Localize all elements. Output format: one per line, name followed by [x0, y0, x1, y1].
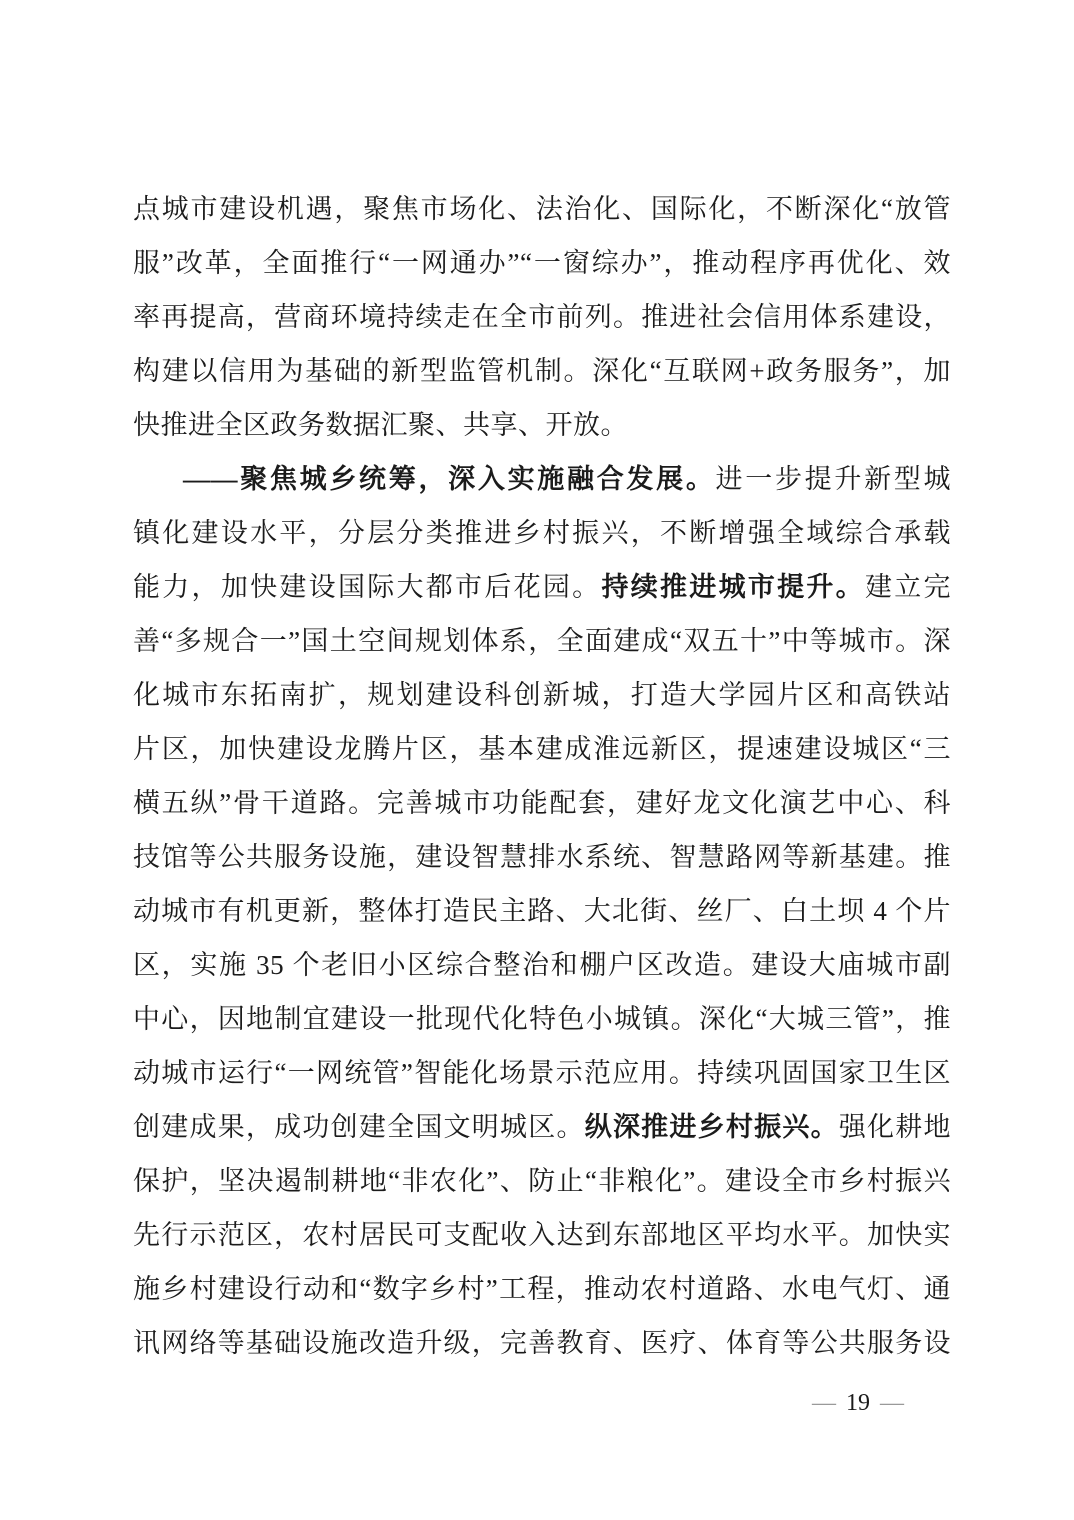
text-segment: 服”改革，全面推行“一网通办”“一窗综办”，推动程序再优化、效 — [133, 248, 951, 278]
text-segment: 区，实施 35 个老旧小区综合整治和棚户区改造。建设大庙城市副 — [133, 950, 951, 980]
text-segment: 保护，坚决遏制耕地“非农化”、防止“非粮化”。建设全市乡村振兴 — [133, 1166, 951, 1196]
text-line: 片区，加快建设龙腾片区，基本建成淮远新区，提速建设城区“三 — [133, 722, 951, 776]
text-line: 快推进全区政务数据汇聚、共享、开放。 — [133, 398, 951, 452]
emphasis-segment: ——聚焦城乡统筹，深入实施融合发展。 — [183, 464, 716, 494]
text-line: 化城市东拓南扩，规划建设科创新城，打造大学园片区和高铁站 — [133, 668, 951, 722]
text-segment: 横五纵”骨干道路。完善城市功能配套，建好龙文化演艺中心、科 — [133, 788, 951, 818]
text-line: 率再提高，营商环境持续走在全市前列。推进社会信用体系建设， — [133, 290, 951, 344]
text-line: 中心，因地制宜建设一批现代化特色小城镇。深化“大城三管”，推 — [133, 992, 951, 1046]
text-line: 动城市运行“一网统管”智能化场景示范应用。持续巩固国家卫生区 — [133, 1046, 951, 1100]
text-line: 先行示范区，农村居民可支配收入达到东部地区平均水平。加快实 — [133, 1208, 951, 1262]
emphasis-segment: 纵深推进乡村振兴。 — [585, 1112, 839, 1142]
text-segment: 技馆等公共服务设施，建设智慧排水系统、智慧路网等新基建。推 — [133, 842, 951, 872]
text-line: 横五纵”骨干道路。完善城市功能配套，建好龙文化演艺中心、科 — [133, 776, 951, 830]
text-line: 讯网络等基础设施改造升级，完善教育、医疗、体育等公共服务设 — [133, 1316, 951, 1370]
text-segment: 镇化建设水平，分层分类推进乡村振兴，不断增强全域综合承载 — [133, 518, 951, 548]
footer-right-dash: — — [870, 1390, 914, 1416]
page-number: 19 — [846, 1390, 870, 1416]
text-line: 能力，加快建设国际大都市后花园。持续推进城市提升。建立完 — [133, 560, 951, 614]
text-segment: 点城市建设机遇，聚焦市场化、法治化、国际化，不断深化“放管 — [133, 194, 951, 224]
text-segment: 动城市运行“一网统管”智能化场景示范应用。持续巩固国家卫生区 — [133, 1058, 951, 1088]
page-footer: —19— — [0, 1390, 1074, 1417]
text-segment: 快推进全区政务数据汇聚、共享、开放。 — [133, 410, 628, 440]
document-page: 点城市建设机遇，聚焦市场化、法治化、国际化，不断深化“放管 服”改革，全面推行“… — [0, 0, 1074, 1520]
text-line: 服”改革，全面推行“一网通办”“一窗综办”，推动程序再优化、效 — [133, 236, 951, 290]
text-segment: 讯网络等基础设施改造升级，完善教育、医疗、体育等公共服务设 — [133, 1328, 951, 1358]
text-segment: 善“多规合一”国土空间规划体系，全面建成“双五十”中等城市。深 — [133, 626, 951, 656]
emphasis-segment: 持续推进城市提升。 — [601, 572, 865, 602]
text-segment: 施乡村建设行动和“数字乡村”工程，推动农村道路、水电气灯、通 — [133, 1274, 951, 1304]
text-line: 创建成果，成功创建全国文明城区。纵深推进乡村振兴。强化耕地 — [133, 1100, 951, 1154]
text-segment: 中心，因地制宜建设一批现代化特色小城镇。深化“大城三管”，推 — [133, 1004, 951, 1034]
text-line: 镇化建设水平，分层分类推进乡村振兴，不断增强全域综合承载 — [133, 506, 951, 560]
text-segment: 强化耕地 — [839, 1112, 951, 1142]
text-line: 善“多规合一”国土空间规划体系，全面建成“双五十”中等城市。深 — [133, 614, 951, 668]
text-line: 区，实施 35 个老旧小区综合整治和棚户区改造。建设大庙城市副 — [133, 938, 951, 992]
text-segment: 化城市东拓南扩，规划建设科创新城，打造大学园片区和高铁站 — [133, 680, 951, 710]
text-segment: 构建以信用为基础的新型监管机制。深化“互联网+政务服务”，加 — [133, 356, 951, 386]
text-segment: 率再提高，营商环境持续走在全市前列。推进社会信用体系建设， — [133, 302, 951, 332]
text-line: 构建以信用为基础的新型监管机制。深化“互联网+政务服务”，加 — [133, 344, 951, 398]
text-segment: 进一步提升新型城 — [716, 464, 951, 494]
text-line: 技馆等公共服务设施，建设智慧排水系统、智慧路网等新基建。推 — [133, 830, 951, 884]
text-segment: 建立完 — [865, 572, 951, 602]
text-line: 动城市有机更新，整体打造民主路、大北街、丝厂、白土坝 4 个片 — [133, 884, 951, 938]
text-line: 保护，坚决遏制耕地“非农化”、防止“非粮化”。建设全市乡村振兴 — [133, 1154, 951, 1208]
text-segment: 创建成果，成功创建全国文明城区。 — [133, 1112, 585, 1142]
text-segment: 先行示范区，农村居民可支配收入达到东部地区平均水平。加快实 — [133, 1220, 951, 1250]
text-segment: 片区，加快建设龙腾片区，基本建成淮远新区，提速建设城区“三 — [133, 734, 951, 764]
text-segment: 动城市有机更新，整体打造民主路、大北街、丝厂、白土坝 4 个片 — [133, 896, 951, 926]
text-line: ——聚焦城乡统筹，深入实施融合发展。进一步提升新型城 — [133, 452, 951, 506]
text-line: 点城市建设机遇，聚焦市场化、法治化、国际化，不断深化“放管 — [133, 182, 951, 236]
text-line: 施乡村建设行动和“数字乡村”工程，推动农村道路、水电气灯、通 — [133, 1262, 951, 1316]
text-segment: 能力，加快建设国际大都市后花园。 — [133, 572, 601, 602]
document-body: 点城市建设机遇，聚焦市场化、法治化、国际化，不断深化“放管 服”改革，全面推行“… — [133, 182, 951, 1370]
footer-left-dash: — — [802, 1390, 846, 1416]
